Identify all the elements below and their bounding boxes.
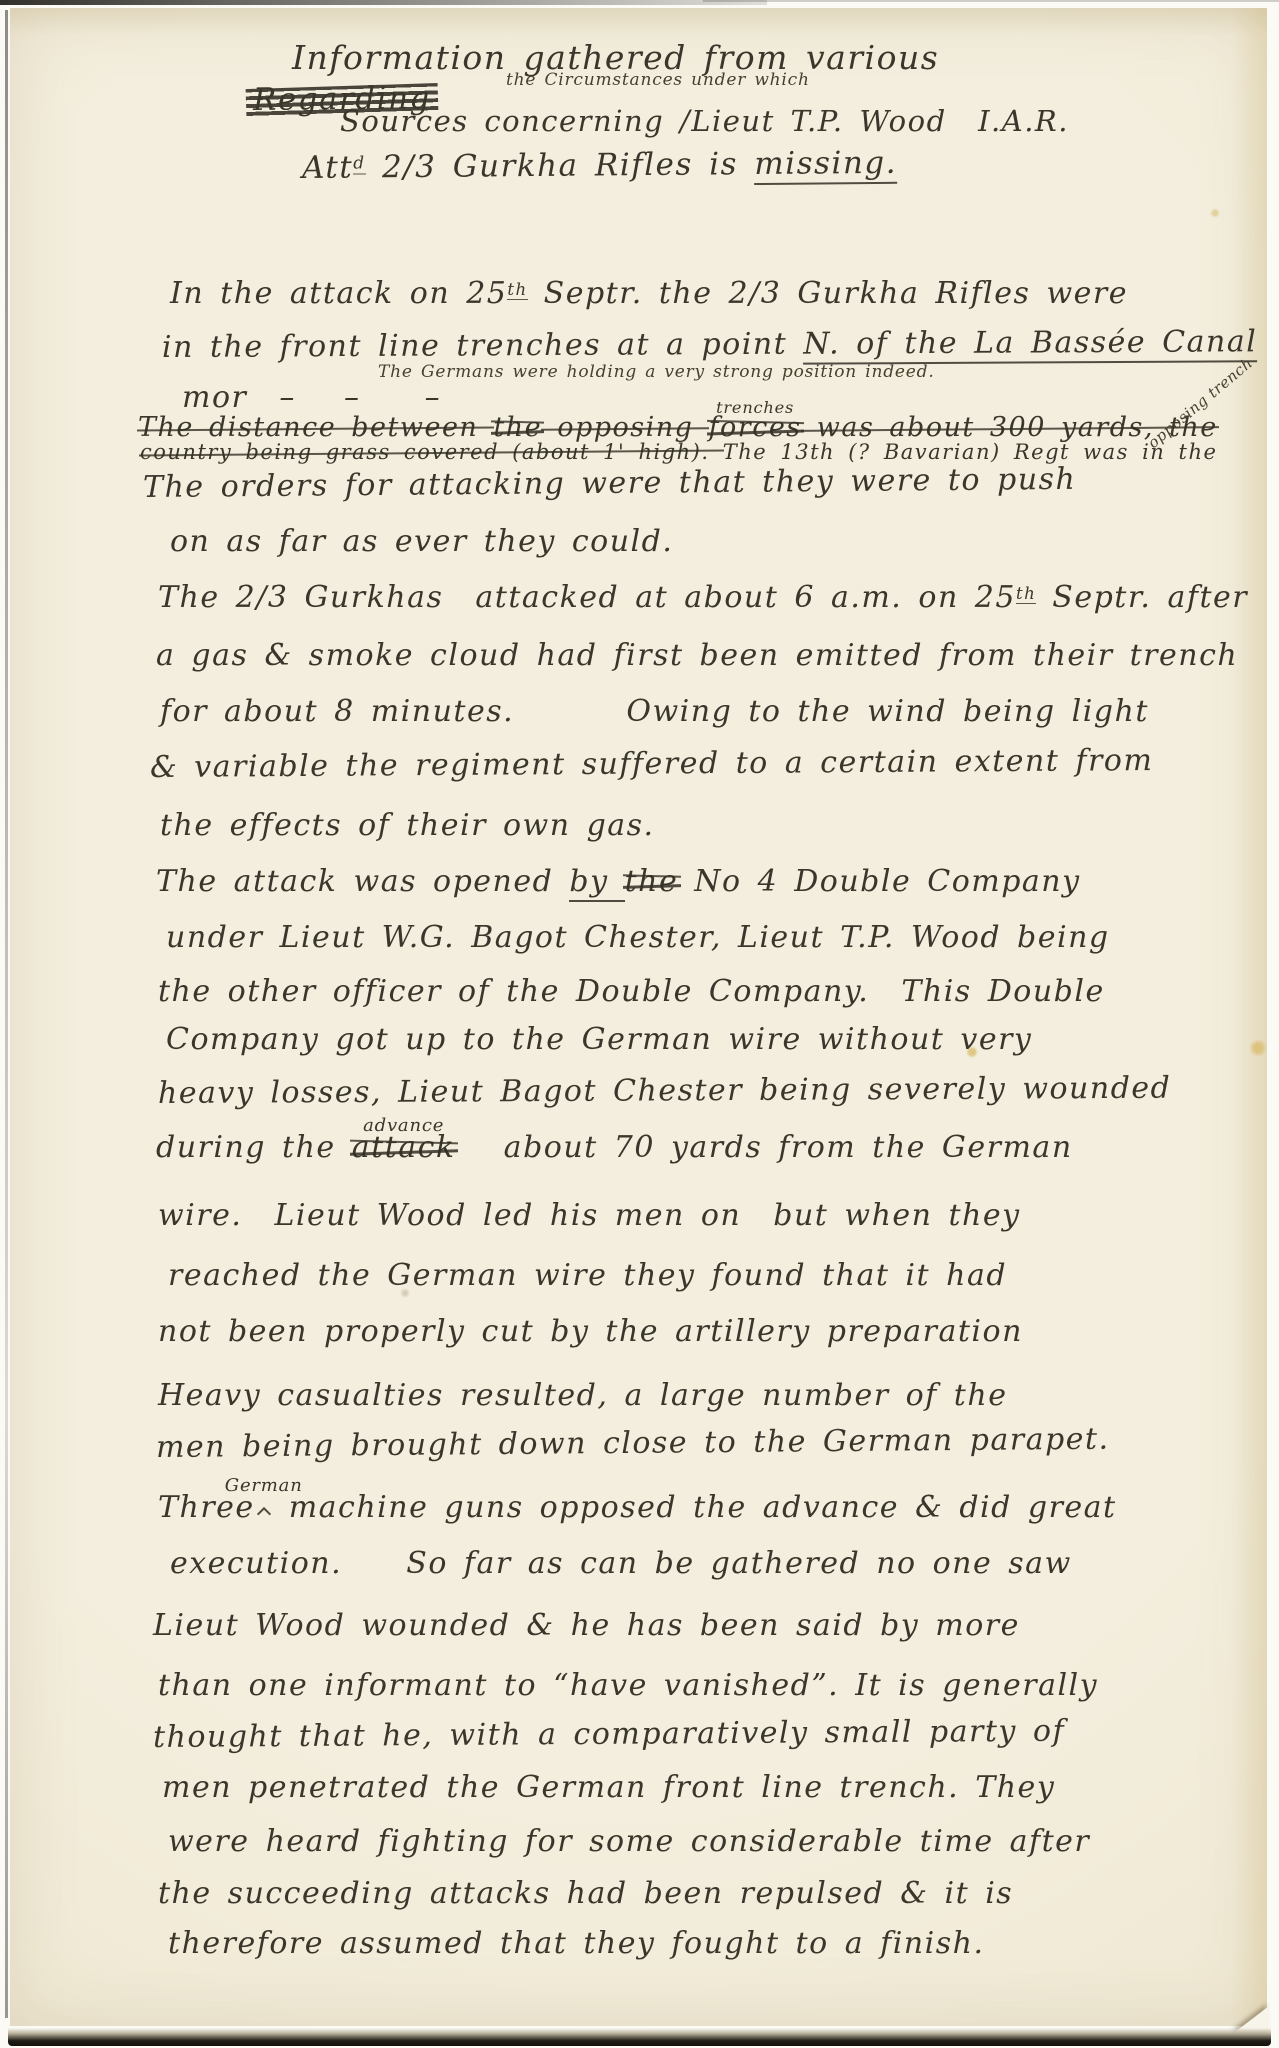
handwriting-text: heavy losses, Lieut Bagot Chester being … — [158, 1071, 1172, 1111]
underlined-text: N. of the La Bassée Canal — [803, 324, 1257, 364]
body-line: Lieut Wood wounded & he has been said by… — [153, 1608, 1020, 1644]
handwriting-text: were heard fighting for some considerabl… — [168, 1824, 1090, 1859]
handwriting-text: than one informant to “have vanished”. I… — [158, 1668, 1098, 1703]
handwriting-text: In the attack on 25 — [170, 276, 507, 311]
body-line: reached the German wire they found that … — [168, 1258, 1007, 1294]
handwriting-text: No 4 Double Company — [678, 864, 1080, 899]
handwriting-text: men penetrated the German front line tre… — [162, 1770, 1055, 1805]
body-line: In the attack on 25th Septr. the 2/3 Gur… — [170, 276, 1128, 312]
struck-text: opposing — [542, 412, 708, 443]
body-line: wire. Lieut Wood led his men on but when… — [158, 1198, 1021, 1234]
handwriting-text: the succeeding attacks had been repulsed… — [158, 1876, 1013, 1911]
scan-edge-top — [0, 0, 767, 5]
body-line: thought that he, with a comparatively sm… — [153, 1714, 1065, 1756]
scribbled-text: the — [625, 864, 679, 899]
body-line: not been properly cut by the artillery p… — [158, 1314, 1023, 1350]
handwriting-text: in the front line trenches at a point — [162, 327, 803, 365]
underlined-text: missing. — [754, 145, 897, 185]
inserted-text: German — [225, 1475, 303, 1497]
body-line: the effects of their own gas. — [160, 808, 655, 844]
handwriting-text: during the — [156, 1130, 352, 1165]
handwriting-text: for about 8 minutes. Owing to the wind b… — [160, 694, 1149, 729]
body-inserted-note: The Germans were holding a very strong p… — [378, 362, 935, 382]
body-line: men being brought down close to the Germ… — [156, 1422, 1110, 1466]
handwriting-text: execution. So far as can be gathered no … — [170, 1546, 1072, 1581]
handwriting-text: on as far as ever they could. — [170, 524, 673, 559]
handwriting-text: about 70 yards from the German — [456, 1130, 1073, 1165]
handwriting-text: Company got up to the German wire withou… — [166, 1022, 1032, 1057]
scan-edge-bottom — [8, 2028, 1271, 2046]
correction-stack: advanceattack — [352, 1130, 456, 1166]
struck-text: The distance between — [138, 412, 493, 443]
scan-edge-top-right — [703, 0, 1279, 2]
body-line-abandoned: mor – – – — [182, 380, 441, 416]
scan-edge-left — [5, 10, 8, 2018]
handwriting-text: & variable the regiment suffered to a ce… — [150, 743, 1154, 785]
body-line: The attack was opened by the No 4 Double… — [156, 864, 1081, 900]
scribbled-text: the — [493, 412, 542, 443]
body-line: the succeeding attacks had been repulsed… — [158, 1876, 1013, 1912]
scanned-page: Information gathered from various Regard… — [0, 0, 1279, 2048]
body-line: The orders for attacking were that they … — [143, 462, 1077, 506]
handwriting-text: not been properly cut by the artillery p… — [158, 1314, 1023, 1349]
handwriting-text: reached the German wire they found that … — [168, 1258, 1007, 1293]
body-line: heavy losses, Lieut Bagot Chester being … — [158, 1071, 1172, 1112]
body-line: the other officer of the Double Company.… — [158, 974, 1105, 1010]
heading-line-attached: Attd 2/3 Gurkha Rifles is missing. — [302, 145, 897, 187]
heading-inserted-phrase: the Circumstances under which — [506, 70, 810, 90]
handwriting-text: therefore assumed that they fought to a … — [168, 1926, 984, 1961]
body-line: execution. So far as can be gathered no … — [170, 1546, 1072, 1582]
handwriting-text: men being brought down close to the Germ… — [156, 1422, 1110, 1465]
handwriting-text: machine guns opposed the advance & did g… — [273, 1490, 1117, 1525]
body-line: ThreeGerman machine guns opposed the adv… — [158, 1490, 1117, 1526]
body-line: were heard fighting for some considerabl… — [168, 1824, 1090, 1860]
superscript-text: th — [507, 280, 527, 300]
insertion-stack: German — [255, 1490, 273, 1526]
handwriting-text: thought that he, with a comparatively sm… — [153, 1714, 1065, 1755]
paper: Information gathered from various Regard… — [10, 8, 1267, 2026]
underlined-text: by — [569, 864, 624, 902]
handwriting-text: Att — [302, 150, 354, 186]
superscript-text: th — [1016, 584, 1036, 604]
handwriting-text: wire. Lieut Wood led his men on but when… — [158, 1198, 1021, 1233]
inserted-text: The Germans were holding a very strong p… — [378, 362, 935, 382]
inserted-text: the Circumstances under which — [506, 70, 810, 90]
body-line: under Lieut W.G. Bagot Chester, Lieut T.… — [166, 920, 1110, 956]
body-line: Heavy casualties resulted, a large numbe… — [158, 1378, 1007, 1414]
handwriting-text: under Lieut W.G. Bagot Chester, Lieut T.… — [166, 920, 1110, 955]
handwriting-text: 2/3 Gurkha Rifles is — [366, 146, 755, 185]
superscript-text: d — [353, 154, 366, 175]
handwriting-text: Septr. after — [1036, 580, 1248, 615]
body-line: therefore assumed that they fought to a … — [168, 1926, 984, 1962]
caret-icon — [257, 1507, 271, 1521]
handwriting-text: Septr. the 2/3 Gurkha Rifles were — [528, 276, 1128, 311]
body-line: & variable the regiment suffered to a ce… — [150, 743, 1154, 786]
body-line: Company got up to the German wire withou… — [166, 1022, 1032, 1058]
body-line: The 2/3 Gurkhas attacked at about 6 a.m.… — [158, 580, 1248, 616]
struck-text: country being grass covered (about 1' hi… — [140, 440, 723, 464]
body-line: during the advanceattack about 70 yards … — [156, 1130, 1073, 1166]
handwriting-text: The 2/3 Gurkhas attacked at about 6 a.m.… — [158, 580, 1016, 615]
heading-line-sources: Sources concerning /Lieut T.P. Wood I.A.… — [340, 104, 1069, 139]
handwriting-text: Lieut Wood wounded & he has been said by… — [153, 1608, 1020, 1643]
handwriting-text: Heavy casualties resulted, a large numbe… — [158, 1378, 1007, 1413]
body-line: a gas & smoke cloud had first been emitt… — [156, 638, 1238, 674]
handwriting-text: the other officer of the Double Company.… — [158, 974, 1105, 1009]
body-line: for about 8 minutes. Owing to the wind b… — [160, 694, 1149, 730]
handwriting-text: mor – – – — [182, 380, 441, 415]
scribbled-text: attack — [352, 1130, 456, 1165]
handwriting-text: The orders for attacking were that they … — [143, 462, 1077, 505]
body-line: than one informant to “have vanished”. I… — [158, 1668, 1098, 1704]
body-line: in the front line trenches at a point N.… — [162, 324, 1258, 366]
scribbled-text: forces — [709, 412, 802, 443]
handwriting-text: the effects of their own gas. — [160, 808, 655, 843]
handwriting-text: a gas & smoke cloud had first been emitt… — [156, 638, 1238, 673]
handwriting-text: The attack was opened — [156, 864, 569, 899]
body-line: on as far as ever they could. — [170, 524, 673, 560]
body-line: men penetrated the German front line tre… — [162, 1770, 1055, 1806]
handwriting-text: Sources concerning /Lieut T.P. Wood I.A.… — [340, 104, 1069, 138]
